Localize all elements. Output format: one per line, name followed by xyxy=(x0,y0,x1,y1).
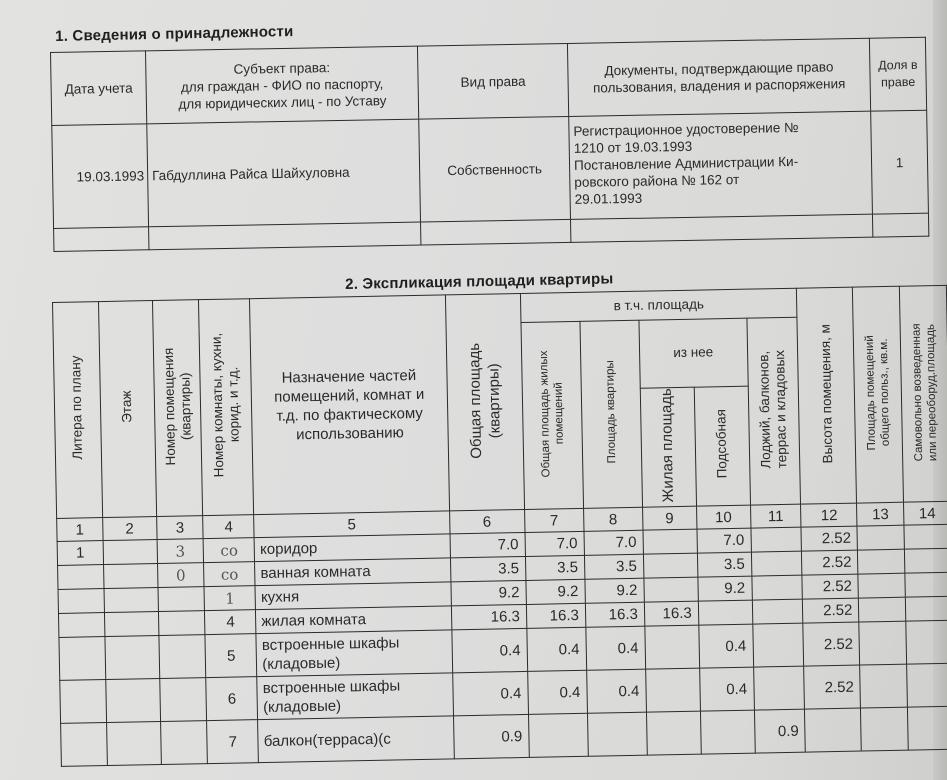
cell-auxiliary xyxy=(698,600,752,625)
header-documents: Документы, подтверждающие право пользова… xyxy=(567,38,870,116)
cell-floor xyxy=(104,612,158,637)
cell-living-total: 0.4 xyxy=(527,670,587,714)
header-common-line1: Площадь помещений xyxy=(864,335,878,450)
column-number: 13 xyxy=(857,502,904,526)
header-purpose: Назначение частей помещений, комнат и т.… xyxy=(250,295,449,515)
header-subject: Субъект права: для граждан - ФИО по пасп… xyxy=(145,46,418,124)
cell-unauthorized xyxy=(908,706,947,750)
cell-balcony xyxy=(751,527,802,552)
header-right-type: Вид права xyxy=(417,43,568,119)
column-number: 2 xyxy=(102,517,156,541)
header-apt-area: Площадь квартиры xyxy=(580,320,643,508)
cell-room-no: 5 xyxy=(205,634,257,678)
header-unauth-line1: Самовольно возведенная xyxy=(911,323,926,461)
cell-living xyxy=(645,625,700,669)
cell-liter xyxy=(58,589,104,614)
cell-living: 16.3 xyxy=(644,601,698,626)
cell-purpose: балкон(терраса)(с xyxy=(258,716,454,763)
header-apt-no-line2: (квартиры) xyxy=(177,372,193,440)
cell-total: 0.9 xyxy=(453,714,529,758)
header-height: Высота помещения, м xyxy=(797,287,857,504)
header-unauth-line2: или переоборуд.площадь xyxy=(925,323,940,460)
cell-height: 2.52 xyxy=(803,622,860,666)
cell-total: 0.4 xyxy=(452,671,528,715)
column-number: 1 xyxy=(57,518,103,542)
header-balcony-line2: террас и кладовых xyxy=(773,350,790,469)
cell-auxiliary: 3.5 xyxy=(697,552,751,577)
header-apt-area-text: Площадь квартиры xyxy=(603,361,619,464)
cell-floor xyxy=(104,588,158,613)
cell-apt-area: 3.5 xyxy=(584,554,643,579)
cell-balcony xyxy=(752,599,803,624)
explication-body: 13coкоридор7.07.07.07.02.520coванная ком… xyxy=(57,524,947,766)
cell-common xyxy=(858,549,905,574)
header-date: Дата учета xyxy=(51,51,147,126)
header-liter: Литера по плану xyxy=(53,302,103,519)
header-total-area: Общая площадь(квартиры) xyxy=(445,294,524,511)
header-auxiliary: Подсобная xyxy=(694,386,750,506)
cell-total: 9.2 xyxy=(450,580,526,605)
header-floor-text: Этаж xyxy=(119,391,136,424)
header-height-text: Высота помещения, м xyxy=(817,324,836,464)
cell-height: 2.52 xyxy=(804,665,861,709)
cell-apt-area: 0.4 xyxy=(586,626,646,670)
cell-apt-no: 3 xyxy=(157,539,204,564)
empty-cell xyxy=(421,219,571,245)
ownership-right-type: Собственность xyxy=(419,116,571,222)
header-group-of-it: из нее xyxy=(639,318,748,388)
cell-height: 2.52 xyxy=(803,598,859,623)
header-share: Доля в праве xyxy=(869,37,926,111)
column-number: 11 xyxy=(750,504,801,528)
header-unauthorized: Самовольно возведеннаяили переоборуд.пло… xyxy=(899,285,947,502)
cell-auxiliary: 0.4 xyxy=(699,667,754,711)
cell-apt-area: 0.4 xyxy=(586,669,646,713)
column-number: 14 xyxy=(904,501,947,525)
cell-balcony xyxy=(751,551,802,576)
cell-height: 2.52 xyxy=(801,526,857,551)
column-number: 6 xyxy=(449,509,525,533)
cell-total: 0.4 xyxy=(451,628,527,672)
cell-living xyxy=(644,577,698,602)
ownership-table: Дата учета Субъект права: для граждан - … xyxy=(50,37,929,252)
cell-living-total: 7.0 xyxy=(525,531,584,556)
column-number: 3 xyxy=(156,516,203,540)
column-number: 12 xyxy=(801,503,857,527)
cell-apt-area: 16.3 xyxy=(585,602,644,627)
header-common-area: Площадь помещенийобщего польз., кв.м. xyxy=(853,286,904,503)
header-auxiliary-text: Подсобная xyxy=(713,409,730,479)
cell-apt-no xyxy=(159,678,207,722)
cell-apt-no: 0 xyxy=(157,563,204,588)
cell-floor xyxy=(105,636,160,680)
column-number: 7 xyxy=(524,508,583,532)
cell-floor xyxy=(106,721,161,765)
cell-balcony xyxy=(752,623,804,667)
cell-living-total: 3.5 xyxy=(525,555,584,580)
cell-apt-area: 7.0 xyxy=(584,530,643,555)
cell-total: 16.3 xyxy=(451,604,527,629)
column-number: 4 xyxy=(203,515,254,539)
cell-common xyxy=(858,573,905,598)
cell-room-no: 4 xyxy=(205,610,256,635)
cell-living-total: 16.3 xyxy=(526,603,585,628)
cell-room-no: co xyxy=(204,562,255,587)
cell-apt-no xyxy=(159,635,207,679)
cell-common xyxy=(861,707,909,751)
cell-auxiliary xyxy=(700,710,755,754)
cell-liter xyxy=(60,680,107,724)
cell-floor xyxy=(103,564,157,589)
ownership-subject: Габдуллина Райса Шайхуловна xyxy=(147,119,421,227)
header-room-no-line1: Номер комнаты, кухни, xyxy=(209,333,227,478)
cell-apt-area xyxy=(587,712,647,756)
empty-cell xyxy=(872,213,928,237)
cell-auxiliary: 7.0 xyxy=(697,528,751,553)
cell-room-no: 7 xyxy=(207,720,259,764)
cell-unauthorized xyxy=(905,572,947,597)
cell-living xyxy=(643,553,697,578)
header-balcony: Лоджий, балконов,террас и кладовых xyxy=(746,317,800,505)
header-room-no-line2: корид. и т.д. xyxy=(226,367,242,443)
header-living-total-line1: Общая площадь жилых xyxy=(538,350,552,477)
cell-unauthorized xyxy=(907,663,947,707)
cell-balcony xyxy=(753,666,805,710)
cell-auxiliary: 0.4 xyxy=(698,624,753,668)
empty-cell xyxy=(571,214,873,242)
cell-purpose: встроенные шкафы(кладовые) xyxy=(257,673,453,720)
header-room-no: Номер комнаты, кухни,корид. и т.д. xyxy=(199,299,254,516)
empty-cell xyxy=(149,222,421,250)
cell-liter xyxy=(58,613,104,638)
cell-living xyxy=(646,711,701,755)
header-floor: Этаж xyxy=(98,301,156,518)
header-living: Жилая площадь xyxy=(640,387,696,507)
cell-common xyxy=(857,525,904,550)
header-living-total-line2: помещений xyxy=(552,382,565,444)
header-living-text: Жилая площадь xyxy=(659,388,677,503)
ownership-date: 19.03.1993 xyxy=(52,124,149,229)
cell-height xyxy=(805,708,862,752)
cell-height: 2.52 xyxy=(802,574,858,599)
purpose-line: (кладовые) xyxy=(262,651,452,674)
cell-living xyxy=(645,668,700,712)
header-total-area-line1: Общая площадь xyxy=(466,342,485,458)
cell-apt-area: 9.2 xyxy=(585,578,644,603)
cell-apt-no xyxy=(158,587,205,612)
cell-living xyxy=(643,529,697,554)
purpose-line: (кладовые) xyxy=(263,694,453,717)
header-balcony-line1: Лоджий, балконов, xyxy=(757,350,774,468)
cell-liter: 1 xyxy=(57,541,103,566)
purpose-line: балкон(терраса)(с xyxy=(264,728,454,751)
cell-liter xyxy=(61,723,108,767)
cell-living-total: 9.2 xyxy=(526,579,585,604)
cell-unauthorized xyxy=(904,524,947,549)
cell-floor xyxy=(106,679,161,723)
cell-balcony xyxy=(751,575,802,600)
cell-purpose: встроенные шкафы(кладовые) xyxy=(256,630,452,677)
cell-room-no: co xyxy=(204,538,255,563)
column-number: 8 xyxy=(583,507,642,531)
header-apt-no: Номер помещения(квартиры) xyxy=(152,300,203,517)
header-liter-text: Литера по плану xyxy=(68,356,86,460)
cell-room-no: 1 xyxy=(204,586,255,611)
cell-living-total xyxy=(528,713,588,757)
cell-common xyxy=(859,597,906,622)
cell-liter xyxy=(58,565,104,590)
ownership-share: 1 xyxy=(871,110,929,214)
cell-unauthorized xyxy=(905,596,947,621)
column-number: 10 xyxy=(696,505,750,529)
cell-common xyxy=(860,664,908,708)
header-common-line2: общего польз., кв.м. xyxy=(878,339,892,447)
cell-apt-no xyxy=(160,721,208,765)
header-apt-no-line1: Номер помещения xyxy=(160,347,177,465)
cell-unauthorized xyxy=(906,620,947,664)
cell-floor xyxy=(103,540,157,565)
cell-living-total: 0.4 xyxy=(527,627,587,671)
cell-unauthorized xyxy=(905,548,947,573)
cell-total: 3.5 xyxy=(450,556,526,581)
cell-height: 2.52 xyxy=(802,550,858,575)
ownership-row: 19.03.1993 Габдуллина Райса Шайхуловна С… xyxy=(52,110,929,228)
cell-total: 7.0 xyxy=(450,532,526,557)
empty-cell xyxy=(54,227,149,252)
cell-balcony: 0.9 xyxy=(754,709,806,753)
ownership-documents: Регистрационное удостоверение № 1210 от … xyxy=(569,111,873,219)
explication-table: Литера по плану Этаж Номер помещения(ква… xyxy=(52,285,947,767)
column-number: 9 xyxy=(642,506,696,530)
cell-liter xyxy=(59,637,106,681)
cell-apt-no xyxy=(158,611,205,636)
cell-auxiliary: 9.2 xyxy=(698,576,752,601)
header-living-total: Общая площадь жилыхпомещений xyxy=(521,321,584,509)
cell-common xyxy=(859,621,907,665)
cell-room-no: 6 xyxy=(206,677,258,721)
header-total-area-line2: (квартиры) xyxy=(485,362,503,437)
